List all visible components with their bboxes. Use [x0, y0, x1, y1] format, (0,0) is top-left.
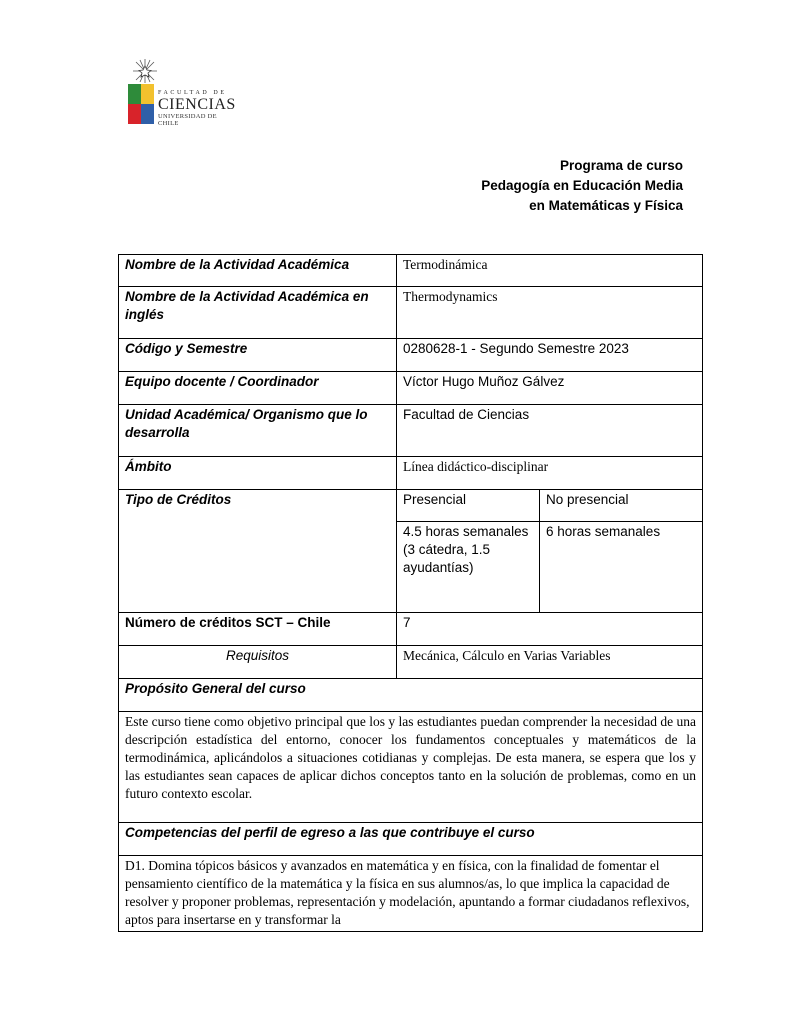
- shield-icon: [128, 84, 154, 124]
- row-value: Facultad de Ciencias: [397, 405, 703, 457]
- table-row: Tipo de Créditos Presencial No presencia…: [119, 490, 703, 522]
- credits-label: Tipo de Créditos: [119, 490, 397, 613]
- table-row: Ámbito Línea didáctico-disciplinar: [119, 457, 703, 490]
- table-row: Este curso tiene como objetivo principal…: [119, 712, 703, 823]
- table-row: Código y Semestre 0280628-1 - Segundo Se…: [119, 339, 703, 372]
- logo-line-2: CIENCIAS: [158, 97, 236, 113]
- credits-header-no-presencial: No presencial: [540, 490, 703, 522]
- requisitos-value: Mecánica, Cálculo en Varias Variables: [397, 646, 703, 679]
- row-label: Equipo docente / Coordinador: [119, 372, 397, 405]
- requisitos-label: Requisitos: [119, 646, 397, 679]
- row-label: Ámbito: [119, 457, 397, 490]
- heading-line-3: en Matemáticas y Física: [481, 196, 683, 216]
- sct-value: 7: [397, 613, 703, 646]
- table-row: Nombre de la Actividad Académica Termodi…: [119, 255, 703, 287]
- table-row: Propósito General del curso: [119, 679, 703, 712]
- credits-value-no-presencial: 6 horas semanales: [540, 522, 703, 613]
- competencias-label: Competencias del perfil de egreso a las …: [119, 823, 703, 856]
- competencias-text: D1. Domina tópicos básicos y avanzados e…: [119, 856, 703, 932]
- row-label: Unidad Académica/ Organismo que lo desar…: [119, 405, 397, 457]
- table-row: Unidad Académica/ Organismo que lo desar…: [119, 405, 703, 457]
- heading-line-2: Pedagogía en Educación Media: [481, 176, 683, 196]
- row-value: Termodinámica: [397, 255, 703, 287]
- table-row: D1. Domina tópicos básicos y avanzados e…: [119, 856, 703, 932]
- document-heading: Programa de curso Pedagogía en Educación…: [481, 156, 683, 216]
- row-value: Thermodynamics: [397, 287, 703, 339]
- logo-line-3: UNIVERSIDAD DE CHILE: [158, 114, 236, 127]
- row-label: Código y Semestre: [119, 339, 397, 372]
- row-value: 0280628-1 - Segundo Semestre 2023: [397, 339, 703, 372]
- course-info-table: Nombre de la Actividad Académica Termodi…: [118, 254, 703, 932]
- proposito-label: Propósito General del curso: [119, 679, 703, 712]
- heading-line-1: Programa de curso: [481, 156, 683, 176]
- table-row: Equipo docente / Coordinador Víctor Hugo…: [119, 372, 703, 405]
- star-emblem-icon: [130, 58, 160, 84]
- faculty-logo: FACULTAD DE CIENCIAS UNIVERSIDAD DE CHIL…: [126, 58, 236, 128]
- table-row: Competencias del perfil de egreso a las …: [119, 823, 703, 856]
- row-label: Nombre de la Actividad Académica en ingl…: [119, 287, 397, 339]
- sct-label: Número de créditos SCT – Chile: [119, 613, 397, 646]
- row-value: Víctor Hugo Muñoz Gálvez: [397, 372, 703, 405]
- table-row: Nombre de la Actividad Académica en ingl…: [119, 287, 703, 339]
- table-row: Número de créditos SCT – Chile 7: [119, 613, 703, 646]
- row-value: Línea didáctico-disciplinar: [397, 457, 703, 490]
- credits-value-presencial: 4.5 horas semanales (3 cátedra, 1.5 ayud…: [397, 522, 540, 613]
- proposito-text: Este curso tiene como objetivo principal…: [119, 712, 703, 823]
- credits-header-presencial: Presencial: [397, 490, 540, 522]
- row-label: Nombre de la Actividad Académica: [119, 255, 397, 287]
- table-row: Requisitos Mecánica, Cálculo en Varias V…: [119, 646, 703, 679]
